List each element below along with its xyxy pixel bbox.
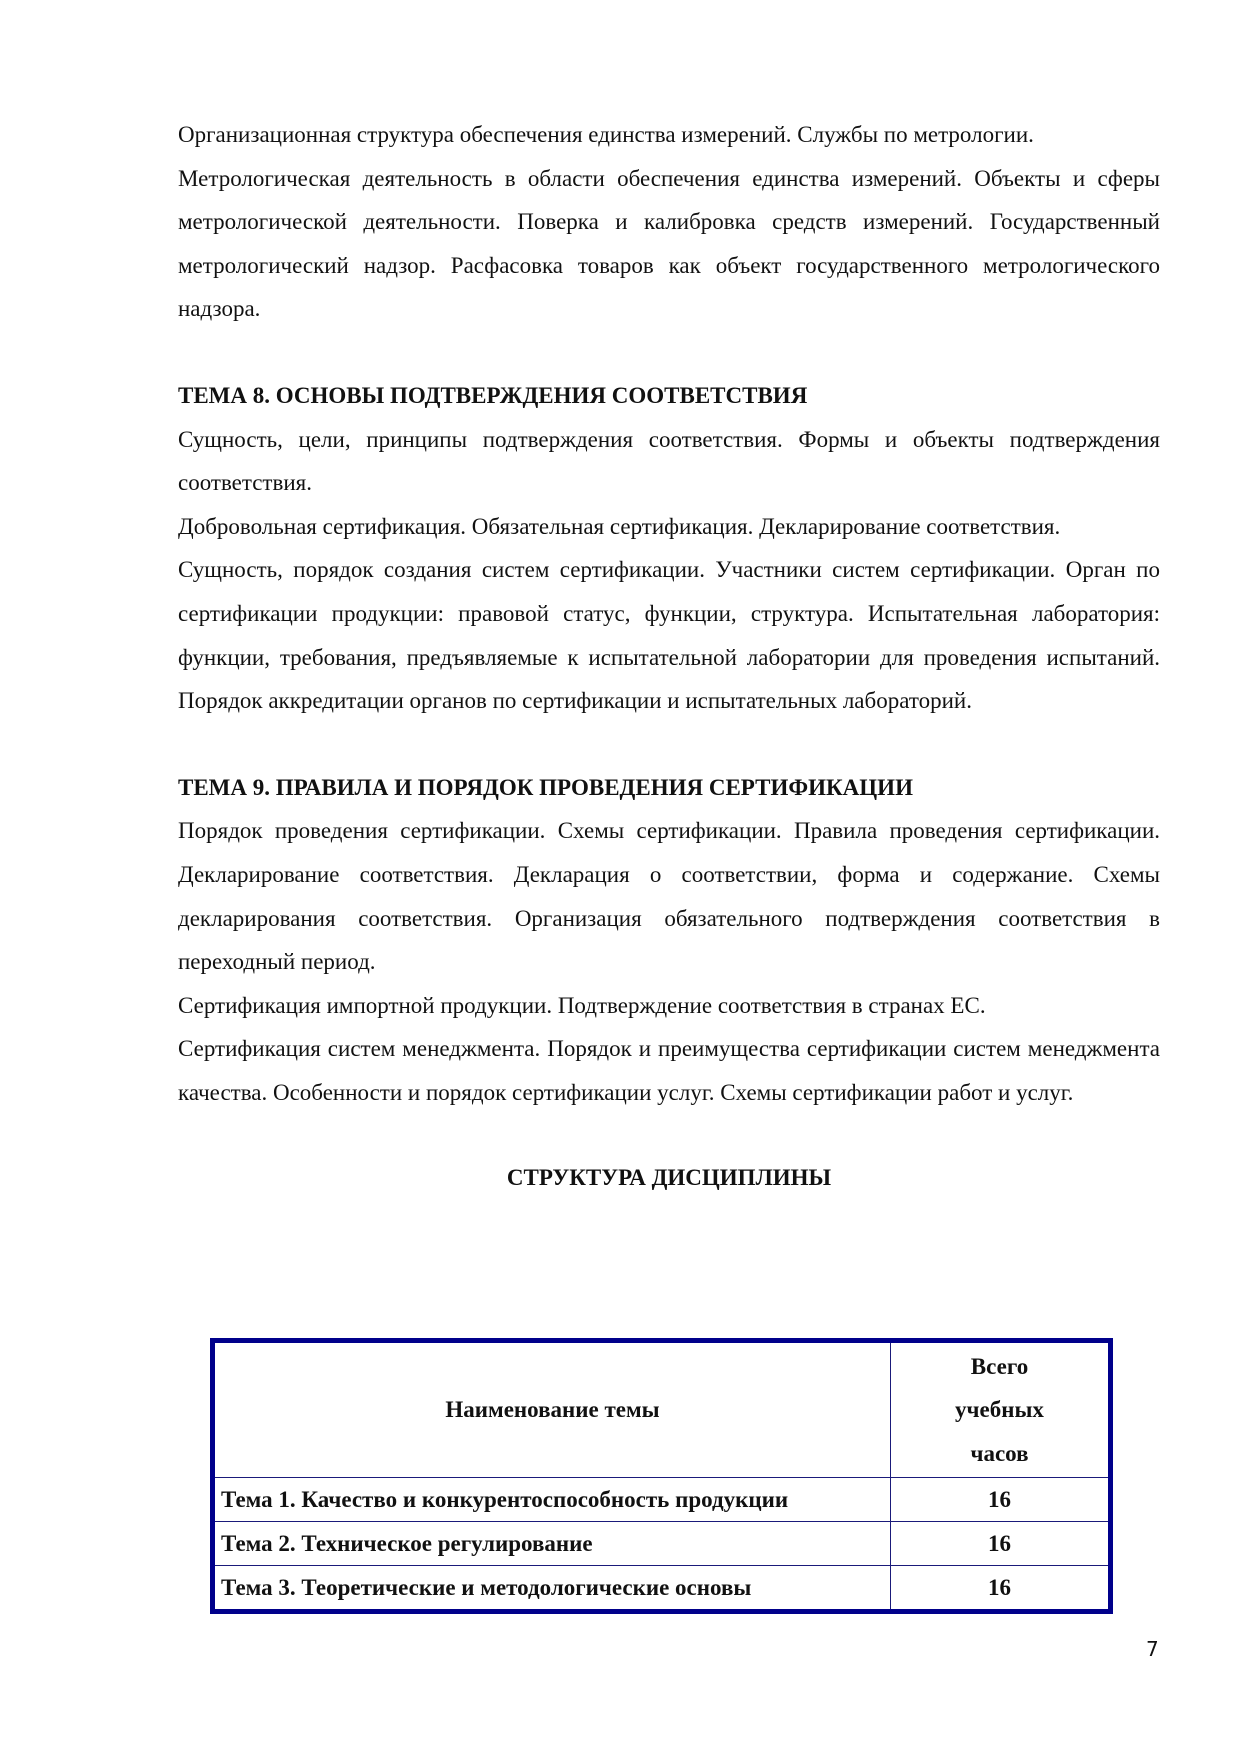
table-row: Тема 1. Качество и конкурентоспособность… — [213, 1478, 1111, 1522]
paragraph: Сертификация импортной продукции. Подтве… — [178, 984, 1160, 1028]
header-hours-line: часов — [892, 1432, 1107, 1476]
hours-cell: 16 — [891, 1478, 1111, 1522]
structure-title: СТРУКТУРА ДИСЦИПЛИНЫ — [178, 1156, 1160, 1200]
header-hours-line: учебных — [892, 1388, 1107, 1432]
table-header-row: Наименование темы Всего учебных часов — [213, 1341, 1111, 1478]
structure-table: Наименование темы Всего учебных часов Те… — [210, 1338, 1113, 1614]
topic-9-heading: ТЕМА 9. ПРАВИЛА И ПОРЯДОК ПРОВЕДЕНИЯ СЕР… — [178, 766, 1160, 810]
paragraph: Сущность, порядок создания систем сертиф… — [178, 548, 1160, 722]
hours-cell: 16 — [891, 1566, 1111, 1612]
topic-8-heading: ТЕМА 8. ОСНОВЫ ПОДТВЕРЖДЕНИЯ СООТВЕТСТВИ… — [178, 374, 1160, 418]
document-page: Организационная структура обеспечения ед… — [0, 0, 1241, 1754]
paragraph: Добровольная сертификация. Обязательная … — [178, 505, 1160, 549]
header-total-hours: Всего учебных часов — [891, 1341, 1111, 1478]
paragraph: Сущность, цели, принципы подтверждения с… — [178, 418, 1160, 505]
paragraph: Сертификация систем менеджмента. Порядок… — [178, 1027, 1160, 1114]
structure-table-wrapper: Наименование темы Всего учебных часов Те… — [210, 1338, 1113, 1614]
table-row: Тема 3. Теоретические и методологические… — [213, 1566, 1111, 1612]
paragraph: Метрологическая деятельность в области о… — [178, 157, 1160, 331]
hours-cell: 16 — [891, 1522, 1111, 1566]
paragraph: Организационная структура обеспечения ед… — [178, 113, 1160, 157]
header-hours-line: Всего — [892, 1345, 1107, 1389]
paragraph: Порядок проведения сертификации. Схемы с… — [178, 809, 1160, 983]
topic-name-cell: Тема 2. Техническое регулирование — [213, 1522, 891, 1566]
header-topic-name: Наименование темы — [213, 1341, 891, 1478]
topic-name-cell: Тема 1. Качество и конкурентоспособность… — [213, 1478, 891, 1522]
table-row: Тема 2. Техническое регулирование 16 — [213, 1522, 1111, 1566]
topic-name-cell: Тема 3. Теоретические и методологические… — [213, 1566, 891, 1612]
page-content: Организационная структура обеспечения ед… — [178, 113, 1160, 1200]
page-number: 7 — [1146, 1637, 1159, 1661]
